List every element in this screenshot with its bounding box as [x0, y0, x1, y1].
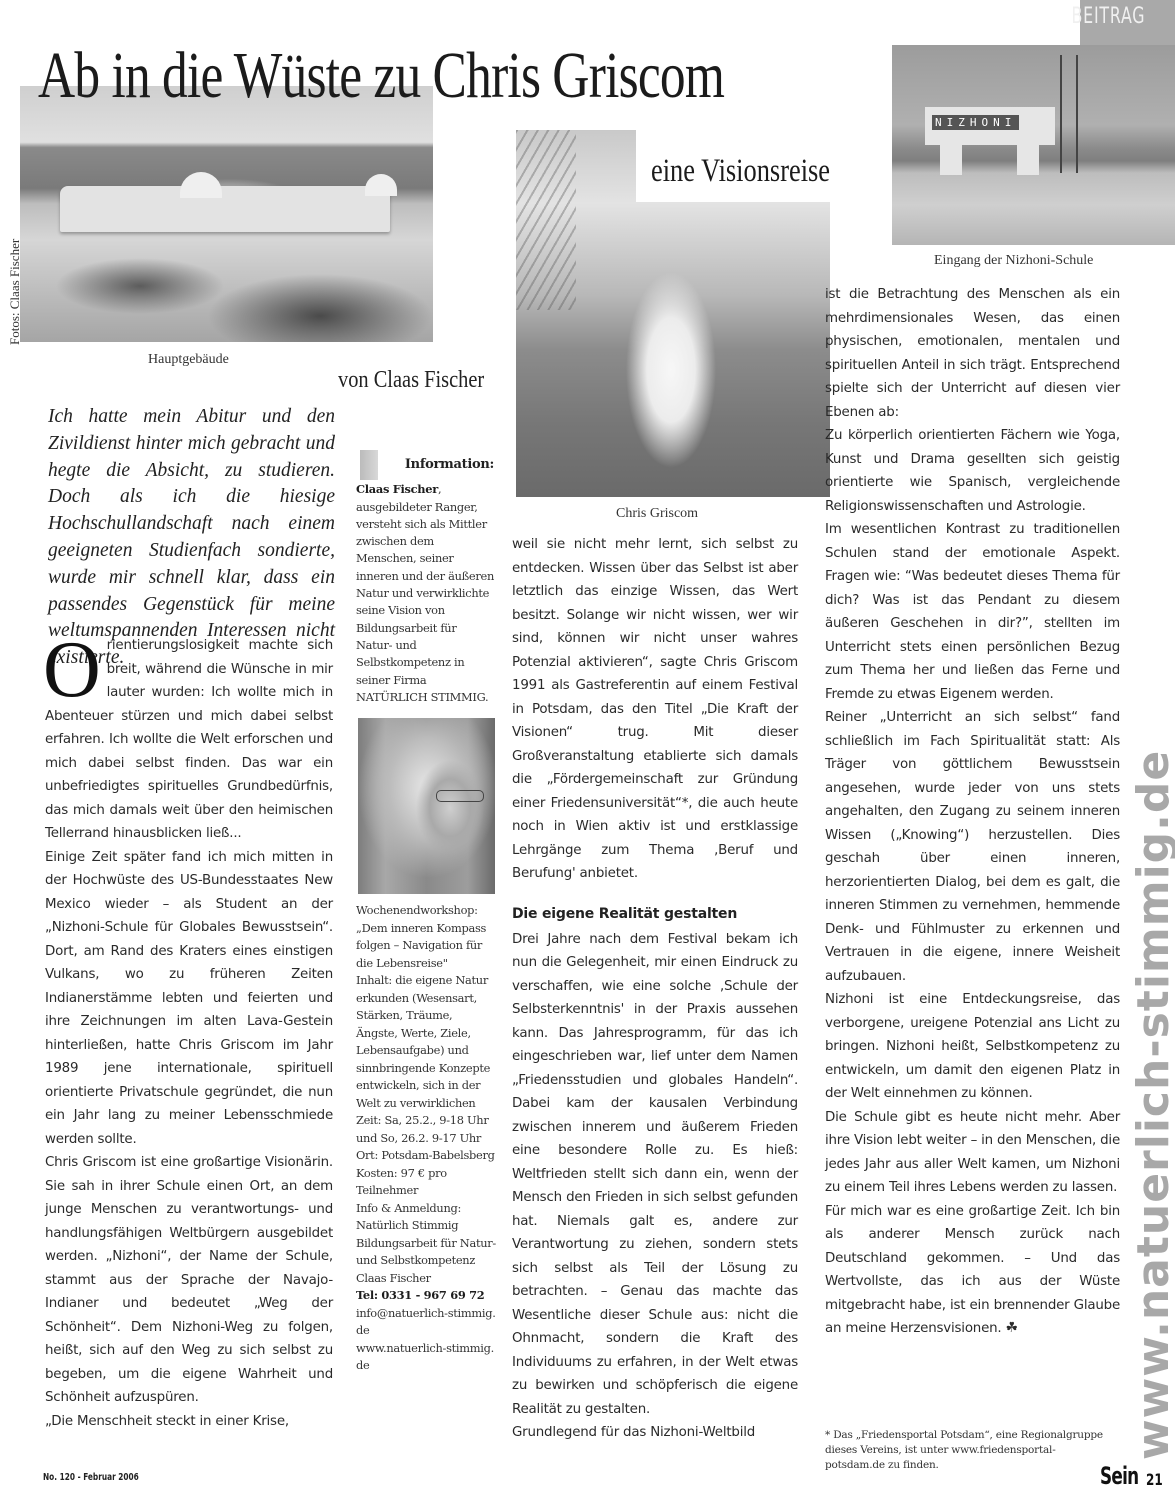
dome-shape: [180, 172, 222, 198]
caption-chris-griscom: Chris Griscom: [616, 506, 698, 522]
paragraph: „Die Menschheit steckt in einer Krise,: [45, 1410, 333, 1434]
paragraph: Die Schule gibt es heute nicht mehr. Abe…: [825, 1106, 1120, 1200]
org-description: Bildungsarbeit für Natur- und Selbstkomp…: [356, 1235, 496, 1270]
paragraph: Zu körperlich orientierten Fächern wie Y…: [825, 424, 1120, 518]
author-bio-text: , ausgebildeter Ranger, versteht sich al…: [356, 482, 494, 704]
info-box: Information: Claas Fischer, ausgebildete…: [356, 450, 494, 706]
closing-text: Für mich war es eine großartige Zeit. Ic…: [825, 1204, 1120, 1337]
glasses-shape: [436, 790, 484, 802]
paragraph: Im wesentlichen Kontrast zu traditionell…: [825, 518, 1120, 706]
nizhoni-entrance-photo: NIZHONI: [892, 45, 1175, 245]
photo-credit: Fotos: Claas Fischer: [7, 235, 23, 345]
email-link[interactable]: info@natuerlich-stimmig.de: [356, 1305, 496, 1340]
paragraph: Nizhoni ist eine Entdeckungsreise, das v…: [825, 988, 1120, 1106]
paragraph: Reiner „Unterricht an sich selbst“ fand …: [825, 706, 1120, 988]
contact-name: Claas Fischer: [356, 1270, 496, 1288]
paragraph: Einige Zeit später fand ich mich mitten …: [45, 846, 333, 1152]
caption-entrance: Eingang der Nizhoni-Schule: [934, 253, 1093, 269]
subheadline: eine Visionsreise: [651, 153, 830, 190]
sign-pillar: [1017, 145, 1039, 175]
desert-building-photo: [20, 86, 433, 342]
paragraph: Grundlegend für das Nizhoni-Weltbild: [512, 1421, 798, 1445]
workshop-info: Wochenendworkshop: „Dem inneren Kompass …: [356, 902, 496, 1375]
author-name: Claas Fischer: [356, 482, 438, 496]
workshop-title: „Dem inneren Kompass folgen – Navigation…: [356, 920, 496, 973]
building-shape: [60, 186, 390, 232]
watermark-url: www.natuerlich-stimmig.de: [1128, 750, 1175, 1460]
headline: Ab in die Wüste zu Chris Griscom: [38, 38, 724, 114]
paragraph: ist die Betrachtung des Menschen als ein…: [825, 283, 1120, 424]
footnote: * Das „Friedensportal Potsdam“, eine Reg…: [825, 1428, 1115, 1472]
section-heading: Die eigene Realität gestalten: [512, 900, 798, 928]
body-column-3: ist die Betrachtung des Menschen als ein…: [825, 283, 1120, 1341]
dome-shape: [365, 174, 397, 196]
workshop-content: Inhalt: die eigene Natur erkunden (Wesen…: [356, 972, 496, 1112]
page-number: 21: [1146, 1470, 1163, 1489]
paragraph: Drei Jahre nach dem Festival bekam ich n…: [512, 928, 798, 1422]
paragraph: Chris Griscom ist eine großartige Vision…: [45, 1151, 333, 1410]
paragraph: weil sie nicht mehr lernt, sich selbst z…: [512, 533, 798, 886]
drop-cap: O: [43, 638, 101, 702]
workshop-place: Ort: Potsdam-Babelsberg: [356, 1147, 496, 1165]
registration-label: Info & Anmeldung:: [356, 1200, 496, 1218]
caption-main-building: Hauptgebäude: [148, 352, 229, 368]
sign-pillar: [940, 145, 962, 175]
section-tag: BEITRAG: [1071, 4, 1145, 29]
org-name: Natürlich Stimmig: [356, 1217, 496, 1235]
website-link[interactable]: www.natuerlich-stimmig.de: [356, 1340, 496, 1375]
info-marker: [360, 450, 378, 480]
end-ornament-icon: ☘: [1006, 1317, 1018, 1341]
sign-lettering: NIZHONI: [932, 115, 1019, 130]
paragraph: Für mich war es eine großartige Zeit. Ic…: [825, 1200, 1120, 1341]
byline: von Claas Fischer: [338, 367, 484, 394]
body-column-1: O rientierungslosigkeit machte sich brei…: [45, 634, 333, 1433]
body-column-2: weil sie nicht mehr lernt, sich selbst z…: [512, 533, 798, 1445]
issue-info: No. 120 - Februar 2006: [43, 1472, 139, 1483]
phone-number[interactable]: Tel: 0331 - 967 69 72: [356, 1288, 484, 1302]
workshop-cost: Kosten: 97 € pro Teilnehmer: [356, 1165, 496, 1200]
tree-branches: [516, 130, 576, 310]
workshop-time: Zeit: Sa, 25.2., 9-18 Uhr und So, 26.2. …: [356, 1112, 496, 1147]
author-bio: Claas Fischer, ausgebildeter Ranger, ver…: [356, 481, 494, 706]
windmill-tower: [1060, 55, 1078, 173]
magazine-logo: Sein: [1100, 1462, 1138, 1490]
workshop-label: Wochenendworkshop:: [356, 902, 496, 920]
author-portrait-photo: [358, 718, 495, 894]
